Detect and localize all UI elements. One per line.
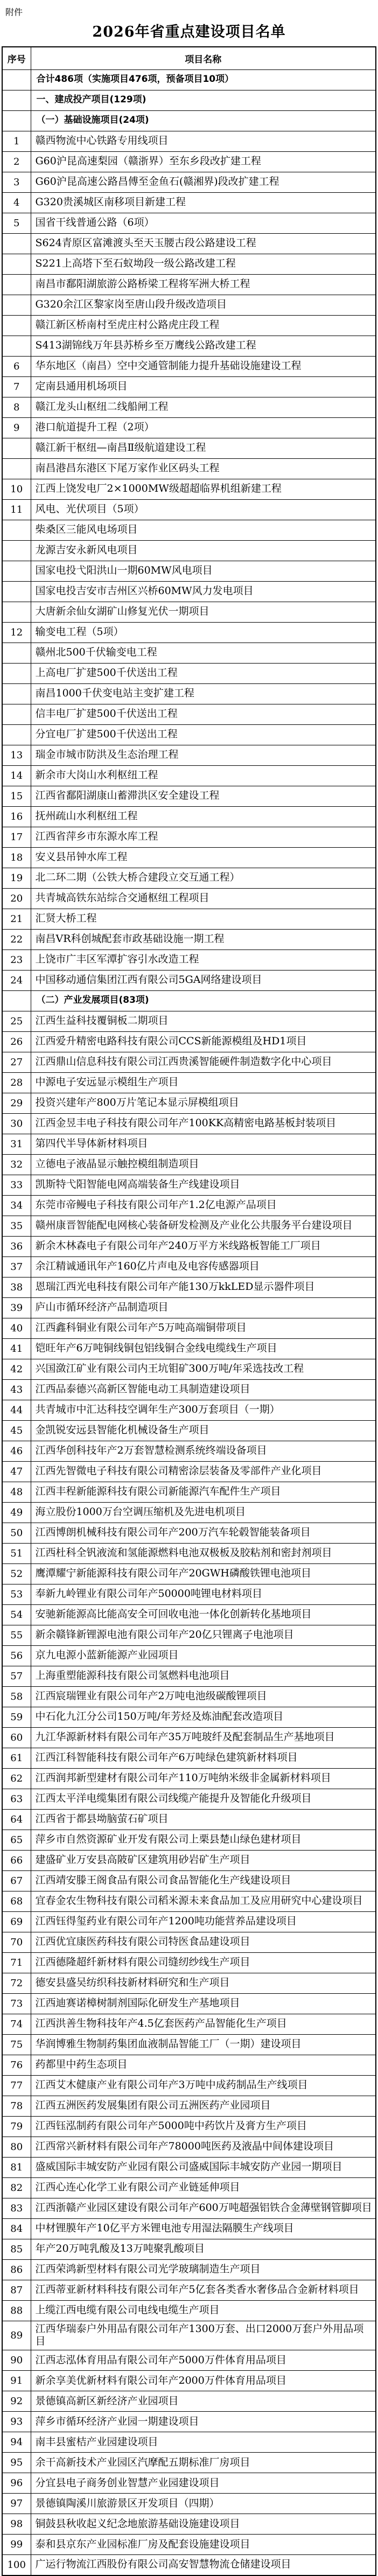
project-name: 京九电源小蓝新能源产业园项目: [31, 1645, 376, 1666]
table-row: 87江西蒂亚新材料科技有限公司年产5亿套各类香水奢侈品合金新材料项目: [2, 2280, 376, 2300]
row-index: 1: [2, 131, 31, 151]
project-name: 药都里中药生态项目: [31, 2055, 376, 2075]
project-name: 萍乡市循环经济产业园一期建设项目: [31, 2412, 376, 2432]
row-index: 49: [2, 1502, 31, 1523]
row-index: [2, 520, 31, 540]
row-index: 45: [2, 1420, 31, 1441]
table-row: 69江西钰得玺药业有限公司年产1200吨功能营养品建设项目: [2, 1911, 376, 1932]
project-name: 鹰潭耀宁新能源科技有限公司年产20GWH磷酸铁锂电池项目: [31, 1563, 376, 1584]
project-name: 柴桑区三能风电场项目: [31, 520, 376, 540]
project-name: 江西浙赣产业园区建设有限公司年产600万吨超强铝铁合金薄壁钢管脚项目: [31, 2198, 376, 2218]
row-index: [2, 561, 31, 581]
row-index: 52: [2, 1563, 31, 1584]
attachment-label: 附件: [0, 0, 378, 18]
row-index: 41: [2, 1338, 31, 1359]
table-row: 96分宜县电子商务创业智慧产业园建设项目: [2, 2473, 376, 2494]
row-index: 3: [2, 172, 31, 192]
table-row: 63江西太平洋电缆集团有限公司线缆产能提升及智能化升级项目: [2, 1789, 376, 1809]
row-index: 40: [2, 1318, 31, 1338]
table-row: 7定南县通用机场项目: [2, 376, 376, 397]
row-index: 60: [2, 1727, 31, 1748]
row-index: [2, 581, 31, 602]
project-name: 华润博雅生物制药集团血液制品智能工厂（一期）建设项目: [31, 2034, 376, 2055]
row-index: 39: [2, 1297, 31, 1318]
project-name: 海立股份1000万台空调压缩机及先进电机项目: [31, 1502, 376, 1523]
project-name: G60沪昆高速梨园（赣浙界）至东乡段改扩建工程: [31, 151, 376, 172]
col-header-index: 序号: [2, 47, 31, 69]
project-name: 江西靖安滕王阁食品有限公司食品智能化生产线建设项目: [31, 1870, 376, 1891]
row-index: [2, 704, 31, 724]
table-row: 大唐新余仙女湖矿山修复光伏一期项目: [2, 602, 376, 622]
row-index: 53: [2, 1584, 31, 1604]
project-name: 江西省鄱阳湖康山蓄滞洪区安全建设工程: [31, 786, 376, 806]
project-name: S624青原区富滩渡头至天玉腰古段公路建设工程: [31, 233, 376, 254]
project-name: 北二环二期（公铁大桥合建段立交互通工程）: [31, 868, 376, 888]
table-row: 3G60沪昆高速公路昌傅至金鱼石(赣湘界)段改扩建工程: [2, 172, 376, 192]
table-row: 100广运行物流江西股份有限公司高安智慧物流仓储建设项目: [2, 2555, 376, 2575]
row-index: 83: [2, 2198, 31, 2218]
table-body: 合计486项（实施项目476项，预备项目10项）一、建成投产项目(129项)（一…: [2, 69, 376, 2575]
project-name: 奉新九岭锂业有限公司年产50000吨锂电材料项目: [31, 1584, 376, 1604]
row-index: 70: [2, 1932, 31, 1952]
project-name: 赣江新区桥南村至虎庄村公路虎庄段工程: [31, 315, 376, 336]
table-row: 一、建成投产项目(129项): [2, 90, 376, 110]
project-name: 第四代半导体新材料项目: [31, 1134, 376, 1154]
table-row: 15江西省鄱阳湖康山蓄滞洪区安全建设工程: [2, 786, 376, 806]
table-row: 9港口航道提升工程（2项）: [2, 417, 376, 438]
project-name: 瑞金市城市防洪及生态治理工程: [31, 745, 376, 765]
row-index: 17: [2, 827, 31, 847]
project-name: 江西上饶发电厂2×1000MW级超超临界机组新建工程: [31, 479, 376, 499]
row-index: 82: [2, 2177, 31, 2198]
table-row: G320余江区黎家岗至唐山段升级改造项目: [2, 295, 376, 315]
row-index: 55: [2, 1625, 31, 1645]
project-name: 江西宸瑞锂业有限公司年产2万吨电池级碳酸锂项目: [31, 1686, 376, 1707]
table-row: 82江西心连心化学工业有限公司产业链延伸项目: [2, 2177, 376, 2198]
project-name: 风电、光伏项目（5项）: [31, 499, 376, 520]
table-row: 国家电投弋阳洪山一期60MW风电项目: [2, 561, 376, 581]
row-index: 10: [2, 479, 31, 499]
row-index: 26: [2, 1031, 31, 1052]
row-index: 7: [2, 376, 31, 397]
row-index: 94: [2, 2432, 31, 2453]
table-row: 58江西宸瑞锂业有限公司年产2万吨电池级碳酸锂项目: [2, 1686, 376, 1707]
row-index: 31: [2, 1134, 31, 1154]
row-index: 66: [2, 1850, 31, 1870]
project-name: 江西爱升精密电路科技有限公司CCS新能源模组及HD1项目: [31, 1031, 376, 1052]
table-row: 48江西丰程新能源科技有限公司新能源汽车配件生产项目: [2, 1482, 376, 1502]
row-index: [2, 540, 31, 561]
project-name: 新余享美优新材料有限公司年产2000万件体育用品项目: [31, 2371, 376, 2391]
project-name: 信丰电厂扩建500千伏送出工程: [31, 704, 376, 724]
row-index: 98: [2, 2514, 31, 2535]
table-row: 75华润博雅生物制药集团血液制品智能工厂（一期）建设项目: [2, 2034, 376, 2055]
row-index: [2, 643, 31, 663]
project-name: 恩瑞江西光电科技有限公司年产能130万kkLED显示器件项目: [31, 1277, 376, 1297]
project-name: 铠旺年产6万吨铜线铜包铝线铜合金线电缆线生产项目: [31, 1338, 376, 1359]
table-row: 12输变电工程（5项）: [2, 622, 376, 643]
row-index: 97: [2, 2494, 31, 2514]
col-header-name: 项目名称: [31, 47, 376, 69]
table-row: 84中材锂膜年产10亿平方米锂电池专用湿法隔膜生产线项目: [2, 2218, 376, 2239]
table-row: 83江西浙赣产业园区建设有限公司年产600万吨超强铝铁合金薄壁钢管脚项目: [2, 2198, 376, 2218]
table-row: 赣江新干枢纽—南昌Ⅱ级航道建设工程: [2, 438, 376, 458]
table-header-row: 序号 项目名称: [2, 47, 376, 69]
table-row: 78江西五洲医药发展集团有限公司五洲医药产业园项目: [2, 2096, 376, 2116]
row-index: 95: [2, 2453, 31, 2473]
project-name: 定南县通用机场项目: [31, 376, 376, 397]
table-row: 95余干高新技术产业园区汽摩配五期标准厂房项目: [2, 2453, 376, 2473]
project-name: 江西华创科技年产2万套智慧检测系统终端设备项目: [31, 1441, 376, 1461]
row-index: 4: [2, 192, 31, 213]
project-name: G320余江区黎家岗至唐山段升级改造项目: [31, 295, 376, 315]
table-row: 99泰和县京东产业园标准厂房及配套设施建设项目: [2, 2535, 376, 2555]
project-name: 江西五洲医药发展集团有限公司五洲医药产业园项目: [31, 2096, 376, 2116]
row-index: 88: [2, 2300, 31, 2321]
row-index: 73: [2, 1993, 31, 2014]
project-name: 景德镇高新区新经济产业园项目: [31, 2391, 376, 2412]
row-index: 37: [2, 1256, 31, 1277]
row-index: 32: [2, 1154, 31, 1175]
project-name: 江西品泰德兴高新区智能电动工具制造建设项目: [31, 1379, 376, 1400]
table-row: 33凯斯特弋阳智能电网高端装备生产线建设项目: [2, 1175, 376, 1195]
table-row: 37余江精诚通讯年产160亿片声电及电容传感器项目: [2, 1256, 376, 1277]
table-row: 80江西常兴新材料有限公司年产78000吨医药及液晶中间体建设项目: [2, 2137, 376, 2157]
row-index: 59: [2, 1707, 31, 1727]
row-index: 43: [2, 1379, 31, 1400]
row-index: 46: [2, 1441, 31, 1461]
row-index: 86: [2, 2259, 31, 2280]
project-name: G320贵溪城区南移项目新建工程: [31, 192, 376, 213]
row-index: 58: [2, 1686, 31, 1707]
row-index: 63: [2, 1789, 31, 1809]
table-row: 赣州北500千伏输变电工程: [2, 643, 376, 663]
project-name: 赣州北500千伏输变电工程: [31, 643, 376, 663]
project-name: 赣西物流中心铁路专用线项目: [31, 131, 376, 151]
row-index: 48: [2, 1482, 31, 1502]
project-name: 江西迪赛诺樟树制剂国际化研发生产基地项目: [31, 1993, 376, 2014]
row-index: [2, 254, 31, 274]
project-name: 江西心连心化学工业有限公司产业链延伸项目: [31, 2177, 376, 2198]
row-index: 12: [2, 622, 31, 643]
row-index: 8: [2, 397, 31, 417]
table-row: 35赣州康晋智能配电网核心装备研发检测及产业化公共服务平台建设项目: [2, 1216, 376, 1236]
row-index: 81: [2, 2157, 31, 2177]
table-row: 上高电厂扩建500千伏送出工程: [2, 663, 376, 683]
table-row: 39庐山市循环经济产品制造项目: [2, 1297, 376, 1318]
row-index: [2, 663, 31, 683]
table-row: 38恩瑞江西光电科技有限公司年产能130万kkLED显示器件项目: [2, 1277, 376, 1297]
project-name: 国省干线普通公路（6项）: [31, 213, 376, 233]
project-name: 中石化九江分公司150万吨/年芳烃及炼油配套改造项目: [31, 1707, 376, 1727]
row-index: 29: [2, 1093, 31, 1113]
project-name: 年产20万吨乳酸及13万吨聚乳酸项目: [31, 2239, 376, 2259]
project-name: 江西钰泓制药有限公司年产5000吨中药饮片及膏方生产项目: [31, 2116, 376, 2137]
project-name: 国家电投弋阳洪山一期60MW风电项目: [31, 561, 376, 581]
project-name: 庐山市循环经济产品制造项目: [31, 1297, 376, 1318]
table-row: （二）产业发展项目(83项): [2, 990, 376, 1011]
row-index: 62: [2, 1768, 31, 1789]
project-name: 中源电子安远显示模组生产项目: [31, 1072, 376, 1093]
table-row: 42兴国潋江矿业有限公司内王坑钼矿300万吨/年采选技改工程: [2, 1359, 376, 1379]
project-name: 赣江新干枢纽—南昌Ⅱ级航道建设工程: [31, 438, 376, 458]
row-index: 13: [2, 745, 31, 765]
table-row: 46江西华创科技年产2万套智慧检测系统终端设备项目: [2, 1441, 376, 1461]
project-name: 南丰县蜜桔产业园建设项目: [31, 2432, 376, 2453]
project-name: 分宜电厂扩建500千伏送出工程: [31, 724, 376, 745]
page-title: 2026年省重点建设项目名单: [0, 20, 378, 41]
project-name: 金凯锐安远县智能化机械设备生产项目: [31, 1420, 376, 1441]
project-name: 江西蒂亚新材料科技有限公司年产5亿套各类香水奢侈品合金新材料项目: [31, 2280, 376, 2300]
project-name: 江西常兴新材料有限公司年产78000吨医药及液晶中间体建设项目: [31, 2137, 376, 2157]
table-row: 54安驰新能源高比能高安全可回收电池一体化创新转化基地项目: [2, 1604, 376, 1625]
row-index: [2, 724, 31, 745]
table-row: 89江西华瑞泰户外用品有限公司年产1300万套、出口2000万套户外用品项目: [2, 2321, 376, 2350]
project-name: 凯斯特弋阳智能电网高端装备生产线建设项目: [31, 1175, 376, 1195]
row-index: [2, 110, 31, 131]
table-row: 91新余享美优新材料有限公司年产2000万件体育用品项目: [2, 2371, 376, 2391]
row-index: 91: [2, 2371, 31, 2391]
project-name: 广运行物流江西股份有限公司高安智慧物流仓储建设项目: [31, 2555, 376, 2575]
table-row: 93萍乡市循环经济产业园一期建设项目: [2, 2412, 376, 2432]
table-row: 74江西洪善生物科技年产4.5亿套医药产品智能化生产项目: [2, 2014, 376, 2034]
project-name: （一）基础设施项目(24项): [31, 110, 376, 131]
table-row: 19北二环二期（公铁大桥合建段立交互通工程）: [2, 868, 376, 888]
table-row: 44共青城市中汇达科技空调年生产300万套项目（一期）: [2, 1400, 376, 1420]
project-name: 南昌VR科创城配套市政基础设施一期工程: [31, 929, 376, 950]
project-name: 铜鼓县秋收起义纪念地旅游基础设施建设项目: [31, 2514, 376, 2535]
project-name: 江西艾木健康产业有限公司年产3万吨中成药制品生产线项目: [31, 2075, 376, 2096]
table-row: 1赣西物流中心铁路专用线项目: [2, 131, 376, 151]
row-index: 19: [2, 868, 31, 888]
row-index: 78: [2, 2096, 31, 2116]
projects-table: 序号 项目名称 合计486项（实施项目476项，预备项目10项）一、建成投产项目…: [2, 46, 376, 2576]
row-index: 5: [2, 213, 31, 233]
row-index: [2, 438, 31, 458]
table-row: 11风电、光伏项目（5项）: [2, 499, 376, 520]
table-row: 南昌1000千伏变电站主变扩建工程: [2, 683, 376, 704]
project-name: 上饶市广丰区军潭扩容引水改造工程: [31, 950, 376, 970]
row-index: [2, 458, 31, 479]
table-row: 10江西上饶发电厂2×1000MW级超超临界机组新建工程: [2, 479, 376, 499]
table-row: 52鹰潭耀宁新能源科技有限公司年产20GWH磷酸铁锂电池项目: [2, 1563, 376, 1584]
table-row: 16抚州疏山水利枢纽工程: [2, 806, 376, 827]
table-row: 分宜电厂扩建500千伏送出工程: [2, 724, 376, 745]
project-name: 立德电子液晶显示触控模组制造项目: [31, 1154, 376, 1175]
row-index: 85: [2, 2239, 31, 2259]
project-name: 江西太平洋电缆集团有限公司线缆产能提升及智能化升级项目: [31, 1789, 376, 1809]
row-index: 24: [2, 970, 31, 990]
project-name: 江西省萍乡市东源水库工程: [31, 827, 376, 847]
row-index: 16: [2, 806, 31, 827]
row-index: 2: [2, 151, 31, 172]
row-index: 100: [2, 2555, 31, 2575]
project-name: 南昌港昌东港区下尾万家作业区码头工程: [31, 458, 376, 479]
project-name: 萍乡市自然资源矿业开发有限公司上栗县楚山绿色建材项目: [31, 1830, 376, 1850]
project-name: 投资兴建年产800万片笔记本显示屏模组项目: [31, 1093, 376, 1113]
project-name: 赣州康晋智能配电网核心装备研发检测及产业化公共服务平台建设项目: [31, 1216, 376, 1236]
table-row: 66建盛矿业万安县高陂矿区建筑用砂岩矿生产项目: [2, 1850, 376, 1870]
table-row: 24中国移动通信集团江西有限公司5GA网络建设项目: [2, 970, 376, 990]
table-row: 26江西爱升精密电路科技有限公司CCS新能源模组及HD1项目: [2, 1031, 376, 1052]
row-index: [2, 602, 31, 622]
table-row: 71江西德隆超纤新材料有限公司缝纫纱线生产项目: [2, 1952, 376, 1973]
project-name: 江西志泓体育用品有限公司年产5000万件体育用品项目: [31, 2350, 376, 2371]
table-row: 47江西先智微电子科技有限公司精密涂层装备及零部件产业化项目: [2, 1461, 376, 1482]
table-row: 53奉新九岭锂业有限公司年产50000吨锂电材料项目: [2, 1584, 376, 1604]
row-index: 57: [2, 1666, 31, 1686]
project-name: 江西鑫科铜业有限公司年产5万吨高端铜带项目: [31, 1318, 376, 1338]
project-name: 中国移动通信集团江西有限公司5GA网络建设项目: [31, 970, 376, 990]
row-index: 6: [2, 356, 31, 376]
row-index: 42: [2, 1359, 31, 1379]
row-index: 76: [2, 2055, 31, 2075]
project-name: 江西润邦新型建材有限公司年产110万吨纳米级非金属新材料项目: [31, 1768, 376, 1789]
table-row: 20共青城高铁东站综合交通枢纽工程项目: [2, 888, 376, 909]
table-row: 49海立股份1000万台空调压缩机及先进电机项目: [2, 1502, 376, 1523]
table-row: 97景德镇陶溪川旅游景区开发项目（四期）: [2, 2494, 376, 2514]
row-index: 38: [2, 1277, 31, 1297]
table-row: 18安义县吊钟水库工程: [2, 847, 376, 868]
row-index: 9: [2, 417, 31, 438]
table-row: S413湖锦线万年县苏桥乡至万鹰线公路改建工程: [2, 336, 376, 356]
row-index: [2, 233, 31, 254]
table-row: 国家电投吉安市吉州区兴桥60MW风力发电项目: [2, 581, 376, 602]
table-row: 21汇贤大桥工程: [2, 909, 376, 929]
project-name: 新余市大岗山水利枢纽工程: [31, 765, 376, 786]
table-row: 92景德镇高新区新经济产业园项目: [2, 2391, 376, 2412]
table-row: 5国省干线普通公路（6项）: [2, 213, 376, 233]
project-name: 南昌市鄱阳湖旅游公路桥梁工程将军洲大桥工程: [31, 274, 376, 295]
project-name: 中材锂膜年产10亿平方米锂电池专用湿法隔膜生产线项目: [31, 2218, 376, 2239]
row-index: 93: [2, 2412, 31, 2432]
project-name: 江西华瑞泰户外用品有限公司年产1300万套、出口2000万套户外用品项目: [31, 2321, 376, 2350]
table-row: 98铜鼓县秋收起义纪念地旅游基础设施建设项目: [2, 2514, 376, 2535]
row-index: 69: [2, 1911, 31, 1932]
table-row: 32立德电子液晶显示触控模组制造项目: [2, 1154, 376, 1175]
table-row: 34东莞市帝鳗电子科技有限公司年产1.2亿电源产品项目: [2, 1195, 376, 1216]
table-row: 36新余木林森电子有限公司年产240万平方米线路板智能工厂项目: [2, 1236, 376, 1256]
table-row: S624青原区富滩渡头至天玉腰古段公路建设工程: [2, 233, 376, 254]
table-row: 合计486项（实施项目476项，预备项目10项）: [2, 69, 376, 90]
table-row: 29投资兴建年产800万片笔记本显示屏模组项目: [2, 1093, 376, 1113]
table-row: （一）基础设施项目(24项): [2, 110, 376, 131]
row-index: 54: [2, 1604, 31, 1625]
table-row: 59中石化九江分公司150万吨/年芳烃及炼油配套改造项目: [2, 1707, 376, 1727]
row-index: 44: [2, 1400, 31, 1420]
row-index: 47: [2, 1461, 31, 1482]
table-row: 南昌市鄱阳湖旅游公路桥梁工程将军洲大桥工程: [2, 274, 376, 295]
row-index: 71: [2, 1952, 31, 1973]
project-name: 江西博朗机械科技有限公司年产200万汽车轮毂智能装备项目: [31, 1523, 376, 1543]
row-index: 34: [2, 1195, 31, 1216]
table-row: 28中源电子安远显示模组生产项目: [2, 1072, 376, 1093]
table-row: 45金凯锐安远县智能化机械设备生产项目: [2, 1420, 376, 1441]
project-name: S413湖锦线万年县苏桥乡至万鹰线公路改建工程: [31, 336, 376, 356]
table-row: 64江西省于都县坳脑萤石矿项目: [2, 1809, 376, 1830]
table-row: 70江西优宜康医药科技有限公司特医食品建设项目: [2, 1932, 376, 1952]
project-name: 盛威国际丰城安防产业园有限公司盛威国际丰城安防产业园一期项目: [31, 2157, 376, 2177]
project-name: 龙源吉安永新风电项目: [31, 540, 376, 561]
table-row: 17江西省萍乡市东源水库工程: [2, 827, 376, 847]
row-index: 92: [2, 2391, 31, 2412]
project-name: 国家电投吉安市吉州区兴桥60MW风力发电项目: [31, 581, 376, 602]
project-name: 安驰新能源高比能高安全可回收电池一体化创新转化基地项目: [31, 1604, 376, 1625]
table-row: 25江西生益科技覆铜板二期项目: [2, 1011, 376, 1031]
row-index: 72: [2, 1973, 31, 1993]
row-index: 23: [2, 950, 31, 970]
project-name: 上海重塑能源科技有限公司氢燃料电池项目: [31, 1666, 376, 1686]
row-index: 50: [2, 1523, 31, 1543]
table-row: 31第四代半导体新材料项目: [2, 1134, 376, 1154]
project-name: 安义县吊钟水库工程: [31, 847, 376, 868]
project-name: 上高电厂扩建500千伏送出工程: [31, 663, 376, 683]
table-row: 13瑞金市城市防洪及生态治理工程: [2, 745, 376, 765]
row-index: [2, 274, 31, 295]
table-row: 65萍乡市自然资源矿业开发有限公司上栗县楚山绿色建材项目: [2, 1830, 376, 1850]
table-row: 6华东地区（南昌）空中交通管制能力提升基础设施建设工程: [2, 356, 376, 376]
row-index: 28: [2, 1072, 31, 1093]
project-name: 江西钰得玺药业有限公司年产1200吨功能营养品建设项目: [31, 1911, 376, 1932]
row-index: 11: [2, 499, 31, 520]
table-row: 67江西靖安滕王阁食品有限公司食品智能化生产线建设项目: [2, 1870, 376, 1891]
project-name: 江西鼎山信息科技有限公司江西贵溪智能硬件制造数字化中心项目: [31, 1052, 376, 1072]
project-name: 输变电工程（5项）: [31, 622, 376, 643]
project-name: S221上高塔下至石蚁坳段一级公路改建工程: [31, 254, 376, 274]
table-row: 79江西钰泓制药有限公司年产5000吨中药饮片及膏方生产项目: [2, 2116, 376, 2137]
row-index: [2, 295, 31, 315]
table-row: 4G320贵溪城区南移项目新建工程: [2, 192, 376, 213]
table-row: 62江西润邦新型建材有限公司年产110万吨纳米级非金属新材料项目: [2, 1768, 376, 1789]
table-row: 61江西江科智能科技有限公司年产6万吨绿色建筑新材料项目: [2, 1748, 376, 1768]
project-name: 江西德隆超纤新材料有限公司缝纫纱线生产项目: [31, 1952, 376, 1973]
table-row: 72德安县盛吴纺织科技新材料研究和生产项目: [2, 1973, 376, 1993]
table-row: S221上高塔下至石蚁坳段一级公路改建工程: [2, 254, 376, 274]
project-name: 江西金昱丰电子科技有限公司年产100KK高精密电路基板封装项目: [31, 1113, 376, 1134]
row-index: 90: [2, 2350, 31, 2371]
table-row: 南昌港昌东港区下尾万家作业区码头工程: [2, 458, 376, 479]
table-row: 柴桑区三能风电场项目: [2, 520, 376, 540]
table-row: 88上缆江西电缆有限公司电线电缆生产项目: [2, 2300, 376, 2321]
row-index: 79: [2, 2116, 31, 2137]
row-index: 77: [2, 2075, 31, 2096]
project-name: 余江精诚通讯年产160亿片声电及电容传感器项目: [31, 1256, 376, 1277]
table-row: 赣江新区桥南村至虎庄村公路虎庄段工程: [2, 315, 376, 336]
project-name: 华东地区（南昌）空中交通管制能力提升基础设施建设工程: [31, 356, 376, 376]
project-name: 分宜县电子商务创业智慧产业园建设项目: [31, 2473, 376, 2494]
table-row: 龙源吉安永新风电项目: [2, 540, 376, 561]
row-index: 84: [2, 2218, 31, 2239]
row-index: [2, 990, 31, 1011]
project-name: 泰和县京东产业园标准厂房及配套设施建设项目: [31, 2535, 376, 2555]
project-name: 新余木林森电子有限公司年产240万平方米线路板智能工厂项目: [31, 1236, 376, 1256]
project-name: 余干高新技术产业园区汽摩配五期标准厂房项目: [31, 2453, 376, 2473]
row-index: 51: [2, 1543, 31, 1563]
project-name: 大唐新余仙女湖矿山修复光伏一期项目: [31, 602, 376, 622]
row-index: 61: [2, 1748, 31, 1768]
table-row: 27江西鼎山信息科技有限公司江西贵溪智能硬件制造数字化中心项目: [2, 1052, 376, 1072]
table-row: 57上海重塑能源科技有限公司氢燃料电池项目: [2, 1666, 376, 1686]
project-name: 抚州疏山水利枢纽工程: [31, 806, 376, 827]
row-index: 21: [2, 909, 31, 929]
row-index: [2, 683, 31, 704]
table-row: 43江西品泰德兴高新区智能电动工具制造建设项目: [2, 1379, 376, 1400]
project-name: 江西洪善生物科技年产4.5亿套医药产品智能化生产项目: [31, 2014, 376, 2034]
row-index: 65: [2, 1830, 31, 1850]
row-index: 25: [2, 1011, 31, 1031]
project-name: 江西江科智能科技有限公司年产6万吨绿色建筑新材料项目: [31, 1748, 376, 1768]
project-name: 德安县盛吴纺织科技新材料研究和生产项目: [31, 1973, 376, 1993]
